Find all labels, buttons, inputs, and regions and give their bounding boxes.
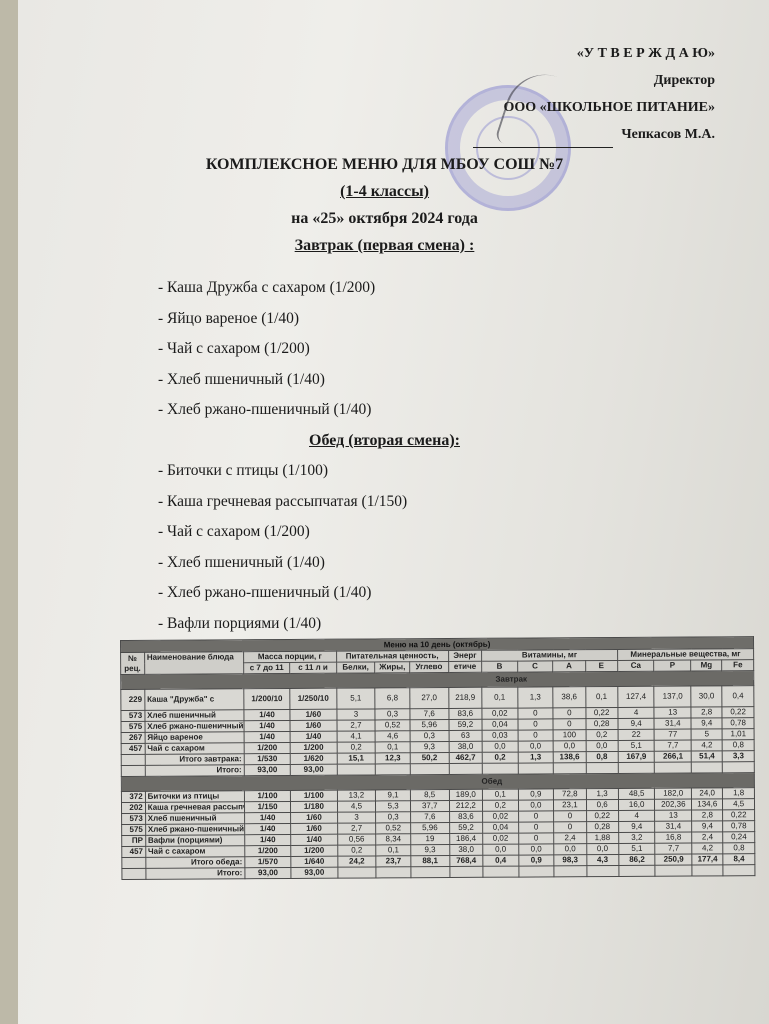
empty-cell <box>483 866 519 877</box>
value-cell: 0 <box>518 708 554 719</box>
value-cell: 37,7 <box>410 800 449 811</box>
value-cell: 5,1 <box>336 688 375 709</box>
value-cell: 9,4 <box>691 718 722 729</box>
value-cell: 0,22 <box>723 810 755 821</box>
value-cell: 5,1 <box>618 740 655 751</box>
value-cell: 5,96 <box>410 719 449 730</box>
subtotal-label: Итого завтрака: <box>145 754 244 766</box>
lunch-menu-item: - Чай с сахаром (1/200) <box>158 517 407 548</box>
subtotal-value: 8,4 <box>723 854 755 865</box>
value-cell: 1/250/10 <box>290 688 336 709</box>
rec-no-cell: ПР <box>122 835 146 846</box>
value-cell: 0 <box>553 708 585 719</box>
value-cell: 13 <box>655 810 692 821</box>
rec-no-cell: 573 <box>121 710 145 721</box>
rec-no-cell: 202 <box>121 802 145 813</box>
header-dish: Наименование блюда <box>144 652 243 675</box>
value-cell: 1/40 <box>291 834 337 845</box>
value-cell: 13,2 <box>337 790 376 801</box>
breakfast-list: - Каша Дружба с сахаром (1/200)- Яйцо ва… <box>158 273 375 426</box>
value-cell: 83,6 <box>449 811 482 822</box>
value-cell: 5,96 <box>410 822 449 833</box>
header-energy: Энерг <box>448 650 481 661</box>
empty-cell <box>121 754 145 765</box>
value-cell: 27,0 <box>410 687 449 708</box>
value-cell: 0,28 <box>585 718 617 729</box>
approval-signatory-row: Чепкасов М.А. <box>473 121 715 148</box>
grades-subtitle: (1-4 классы) <box>0 178 769 205</box>
subtotal-value: 1/530 <box>244 753 290 764</box>
value-cell: 1,01 <box>722 729 754 740</box>
value-cell: 0,4 <box>722 686 754 707</box>
subtotal-value: 1/640 <box>291 856 337 867</box>
dish-name-cell: Хлеб пшеничный <box>145 710 244 722</box>
value-cell: 63 <box>449 730 482 741</box>
lunch-menu-item: - Каша гречневая рассыпчатая (1/150) <box>158 487 407 518</box>
breakfast-menu-item: - Хлеб ржано-пшеничный (1/40) <box>158 395 375 426</box>
breakfast-menu-item: - Яйцо вареное (1/40) <box>158 304 375 335</box>
subtotal-value: 50,2 <box>410 752 449 763</box>
header-portion: Масса порции, г <box>243 651 336 663</box>
empty-cell <box>692 865 723 876</box>
value-cell: 0,0 <box>518 844 554 855</box>
nutrition-table: Меню на 10 день (октябрь) № рец. Наимено… <box>120 636 755 880</box>
value-cell: 0,04 <box>482 719 518 730</box>
subtotal-value: 462,7 <box>449 752 482 763</box>
value-cell: 0,1 <box>376 845 411 856</box>
subtotal-value: 138,6 <box>553 752 585 763</box>
breakfast-menu-item: - Каша Дружба с сахаром (1/200) <box>158 273 375 304</box>
rec-no-cell: 372 <box>121 791 145 802</box>
value-cell: 100 <box>553 730 585 741</box>
header-vit-c: C <box>517 661 553 672</box>
value-cell: 0,02 <box>482 708 518 719</box>
value-cell: 0,02 <box>483 833 519 844</box>
value-cell: 5,3 <box>376 801 411 812</box>
value-cell: 16,8 <box>655 832 692 843</box>
header-ca: Ca <box>617 660 654 671</box>
value-cell: 0 <box>518 730 554 741</box>
value-cell: 38,0 <box>449 741 482 752</box>
signature-line <box>473 133 613 148</box>
value-cell: 8,5 <box>410 789 449 800</box>
header-vit-a: A <box>553 661 585 672</box>
subtotal-value: 51,4 <box>691 751 722 762</box>
value-cell: 0,3 <box>410 730 449 741</box>
empty-cell <box>376 867 411 878</box>
header-vit-b: B <box>482 661 518 672</box>
subtotal-value: 23,7 <box>376 856 411 867</box>
empty-cell <box>619 865 656 876</box>
lunch-list: - Биточки с птицы (1/100)- Каша гречнева… <box>158 456 407 639</box>
header-vitamins: Витамины, мг <box>482 649 618 661</box>
value-cell: 212,2 <box>449 800 482 811</box>
value-cell: 0,0 <box>483 844 519 855</box>
subtotal-value: 1/570 <box>245 856 291 867</box>
value-cell: 59,2 <box>449 719 482 730</box>
value-cell: 2,7 <box>337 823 376 834</box>
value-cell: 7,6 <box>410 811 449 822</box>
value-cell: 4,5 <box>337 801 376 812</box>
value-cell: 0,0 <box>482 741 518 752</box>
empty-cell <box>655 762 692 773</box>
value-cell: 1/180 <box>291 801 337 812</box>
value-cell: 5,1 <box>619 843 656 854</box>
dish-name-cell: Хлеб пшеничный <box>145 813 244 825</box>
value-cell: 0,0 <box>586 740 618 751</box>
value-cell: 0,8 <box>722 740 754 751</box>
value-cell: 7,7 <box>655 843 692 854</box>
value-cell: 7,7 <box>655 740 692 751</box>
grand-total-label: Итого: <box>146 868 245 880</box>
value-cell: 4 <box>618 707 655 718</box>
value-cell: 1/60 <box>291 823 337 834</box>
header-portion-11-plus: с 11 л и <box>290 662 336 673</box>
subtotal-value: 0,4 <box>483 855 519 866</box>
header-vit-e: E <box>585 660 617 671</box>
value-cell: 7,6 <box>410 708 449 719</box>
value-cell: 0,78 <box>722 718 754 729</box>
empty-cell <box>586 762 618 773</box>
subtotal-value: 768,4 <box>449 855 482 866</box>
value-cell: 186,4 <box>449 833 482 844</box>
value-cell: 0,2 <box>483 800 519 811</box>
value-cell: 31,4 <box>654 718 691 729</box>
value-cell: 16,0 <box>618 799 655 810</box>
subtotal-value: 24,2 <box>337 856 376 867</box>
value-cell: 0,52 <box>375 720 410 731</box>
dish-name-cell: Хлеб ржано-пшеничный <box>145 824 244 836</box>
value-cell: 83,6 <box>449 708 482 719</box>
grand-total-value: 93,00 <box>244 764 290 775</box>
value-cell: 1,8 <box>723 788 755 799</box>
subtotal-value: 250,9 <box>655 854 692 865</box>
value-cell: 4,5 <box>723 799 755 810</box>
value-cell: 0 <box>518 833 554 844</box>
approval-signatory: Чепкасов М.А. <box>621 127 715 142</box>
value-cell: 0,0 <box>518 800 554 811</box>
value-cell: 2,8 <box>692 810 723 821</box>
value-cell: 6,8 <box>375 688 410 709</box>
value-cell: 0,04 <box>483 822 519 833</box>
value-cell: 1/60 <box>290 720 336 731</box>
value-cell: 4 <box>618 810 655 821</box>
subtotal-value: 12,3 <box>376 753 411 764</box>
value-cell: 9,4 <box>692 821 723 832</box>
grand-total-value: 93,00 <box>290 764 336 775</box>
approval-position: Директор <box>473 67 715 94</box>
value-cell: 30,0 <box>691 686 722 707</box>
value-cell: 19 <box>411 833 450 844</box>
rec-no-cell: 457 <box>122 846 146 857</box>
empty-cell <box>482 763 518 774</box>
subtotal-value: 1,3 <box>518 752 554 763</box>
value-cell: 4,6 <box>375 731 410 742</box>
value-cell: 1/40 <box>245 834 291 845</box>
rec-no-cell: 573 <box>122 813 146 824</box>
value-cell: 0,1 <box>482 789 518 800</box>
value-cell: 2,4 <box>692 832 723 843</box>
empty-cell <box>518 763 554 774</box>
empty-cell <box>337 764 376 775</box>
subtotal-value: 15,1 <box>337 753 376 764</box>
value-cell: 0,2 <box>337 742 376 753</box>
value-cell: 1/40 <box>290 731 336 742</box>
value-cell: 2,4 <box>554 833 586 844</box>
breakfast-menu-item: - Чай с сахаром (1/200) <box>158 334 375 365</box>
value-cell: 1/40 <box>244 812 290 823</box>
value-cell: 0,22 <box>586 810 618 821</box>
empty-cell <box>449 763 482 774</box>
dish-name-cell: Каша гречневая рассыпча <box>145 802 244 814</box>
value-cell: 24,0 <box>692 788 723 799</box>
subtotal-value: 0,8 <box>586 751 618 762</box>
dish-name-cell: Хлеб ржано-пшеничный <box>145 721 244 733</box>
page-title: КОМПЛЕКСНОЕ МЕНЮ ДЛЯ МБОУ СОШ №7 <box>0 151 769 178</box>
value-cell: 0,3 <box>376 812 411 823</box>
subtotal-value: 1/620 <box>290 753 336 764</box>
value-cell: 1/150 <box>244 801 290 812</box>
value-cell: 1/40 <box>244 731 290 742</box>
title-block: КОМПЛЕКСНОЕ МЕНЮ ДЛЯ МБОУ СОШ №7 (1-4 кл… <box>0 151 769 259</box>
lunch-menu-item: - Биточки с птицы (1/100) <box>158 456 407 487</box>
empty-cell <box>618 762 655 773</box>
value-cell: 1,3 <box>517 687 553 708</box>
value-cell: 0,0 <box>554 844 586 855</box>
value-cell: 0,02 <box>483 811 519 822</box>
rec-no-cell: 229 <box>121 689 145 710</box>
value-cell: 0,1 <box>482 687 518 708</box>
header-carbs: Углево <box>409 661 448 672</box>
value-cell: 9,1 <box>376 790 411 801</box>
subtotal-value: 167,9 <box>618 751 655 762</box>
empty-cell <box>337 867 376 878</box>
value-cell: 0,24 <box>723 832 755 843</box>
value-cell: 0,0 <box>553 741 585 752</box>
empty-cell <box>376 764 411 775</box>
empty-cell <box>121 765 145 776</box>
value-cell: 9,4 <box>618 718 655 729</box>
lunch-heading: Обед (вторая смена): <box>0 427 769 454</box>
value-cell: 1,3 <box>586 788 618 799</box>
rec-no-cell: 575 <box>121 721 145 732</box>
value-cell: 1/60 <box>290 709 336 720</box>
header-energy-2: етиче <box>448 661 481 672</box>
rec-no-cell: 457 <box>121 743 145 754</box>
value-cell: 0,0 <box>586 843 618 854</box>
value-cell: 1/200/10 <box>244 688 290 709</box>
header-fe: Fe <box>722 660 754 671</box>
dish-name-cell: Биточки из птицы <box>145 791 244 803</box>
value-cell: 9,4 <box>618 821 655 832</box>
subtotal-label: Итого обеда: <box>146 857 245 869</box>
approval-heading: «У Т В Е Р Ж Д А Ю» <box>473 40 715 67</box>
lunch-menu-item: - Хлеб ржано-пшеничный (1/40) <box>158 578 407 609</box>
subtotal-value: 0,9 <box>518 855 554 866</box>
value-cell: 0,56 <box>337 834 376 845</box>
lunch-menu-item: - Хлеб пшеничный (1/40) <box>158 548 407 579</box>
value-cell: 9,3 <box>410 741 449 752</box>
subtotal-value: 177,4 <box>692 854 723 865</box>
value-cell: 0,2 <box>337 845 376 856</box>
value-cell: 0 <box>554 811 586 822</box>
value-cell: 31,4 <box>655 821 692 832</box>
value-cell: 1/100 <box>291 790 337 801</box>
value-cell: 218,9 <box>448 687 482 708</box>
value-cell: 0 <box>553 719 585 730</box>
value-cell: 13 <box>654 707 691 718</box>
value-cell: 48,5 <box>618 788 655 799</box>
empty-cell <box>410 763 449 774</box>
value-cell: 0 <box>518 719 554 730</box>
value-cell: 23,1 <box>554 800 586 811</box>
subtotal-value: 0,2 <box>482 752 518 763</box>
value-cell: 0,1 <box>375 742 410 753</box>
header-p: P <box>654 660 691 671</box>
value-cell: 134,6 <box>692 799 723 810</box>
value-cell: 0,9 <box>518 789 554 800</box>
value-cell: 0,6 <box>586 799 618 810</box>
value-cell: 0,3 <box>375 709 410 720</box>
dish-name-cell: Каша "Дружба" с <box>145 689 244 711</box>
value-cell: 9,3 <box>411 844 450 855</box>
dish-name-cell: Вафли (порциями) <box>145 835 244 847</box>
approval-organization: ООО «ШКОЛЬНОЕ ПИТАНИЕ» <box>473 94 715 121</box>
lunch-menu-item: - Вафли порциями (1/40) <box>158 609 407 640</box>
empty-cell <box>553 763 585 774</box>
value-cell: 8,34 <box>376 834 411 845</box>
value-cell: 3 <box>337 812 376 823</box>
grand-total-value: 93,00 <box>291 867 337 878</box>
subtotal-value: 86,2 <box>619 854 656 865</box>
value-cell: 0,8 <box>723 843 755 854</box>
value-cell: 0,03 <box>482 730 518 741</box>
header-portion-7-11: с 7 до 11 <box>244 662 290 673</box>
empty-cell <box>655 865 692 876</box>
value-cell: 0 <box>518 822 554 833</box>
value-cell: 3,2 <box>619 832 656 843</box>
value-cell: 1/40 <box>244 720 290 731</box>
breakfast-heading: Завтрак (первая смена) : <box>0 232 769 259</box>
value-cell: 1/60 <box>291 812 337 823</box>
subtotal-value: 4,3 <box>586 854 618 865</box>
empty-cell <box>723 762 755 773</box>
value-cell: 4,2 <box>692 843 723 854</box>
subtotal-value: 3,3 <box>723 751 755 762</box>
breakfast-menu-item: - Хлеб пшеничный (1/40) <box>158 365 375 396</box>
value-cell: 38,0 <box>449 844 482 855</box>
value-cell: 0,1 <box>585 686 617 707</box>
value-cell: 0,0 <box>518 741 554 752</box>
header-nutrition: Питательная ценность, <box>336 650 448 662</box>
dish-name-cell: Яйцо вареное <box>145 732 244 744</box>
value-cell: 0 <box>554 822 586 833</box>
value-cell: 0,2 <box>586 729 618 740</box>
header-mg: Mg <box>691 660 722 671</box>
header-minerals: Минеральные вещества, мг <box>617 649 753 661</box>
grand-total-value: 93,00 <box>245 867 291 878</box>
value-cell: 1/40 <box>244 709 290 720</box>
value-cell: 1/200 <box>291 845 337 856</box>
subtotal-value: 98,3 <box>554 855 586 866</box>
value-cell: 137,0 <box>654 686 691 707</box>
header-protein: Белки, <box>336 662 375 673</box>
value-cell: 1/200 <box>245 845 291 856</box>
value-cell: 1/200 <box>290 742 336 753</box>
header-rec-no: № рец. <box>121 652 145 674</box>
value-cell: 0,78 <box>723 821 755 832</box>
value-cell: 77 <box>655 729 692 740</box>
empty-cell <box>122 857 146 868</box>
value-cell: 22 <box>618 729 655 740</box>
value-cell: 2,8 <box>691 707 722 718</box>
value-cell: 5 <box>691 729 722 740</box>
value-cell: 3 <box>336 709 375 720</box>
value-cell: 38,6 <box>553 687 585 708</box>
value-cell: 202,36 <box>655 799 692 810</box>
value-cell: 1/40 <box>244 823 290 834</box>
menu-date: на «25» октября 2024 года <box>0 205 769 232</box>
empty-cell <box>554 866 586 877</box>
empty-cell <box>723 865 755 876</box>
value-cell: 2,7 <box>337 720 376 731</box>
empty-cell <box>411 866 450 877</box>
rec-no-cell: 267 <box>121 732 145 743</box>
value-cell: 4,1 <box>337 731 376 742</box>
empty-cell <box>586 865 618 876</box>
dish-name-cell: Чай с сахаром <box>145 846 244 858</box>
value-cell: 4,2 <box>691 740 722 751</box>
value-cell: 72,8 <box>554 789 586 800</box>
header-fat: Жиры, <box>375 662 410 673</box>
value-cell: 0,52 <box>376 823 411 834</box>
value-cell: 1/100 <box>244 790 290 801</box>
rec-no-cell: 575 <box>122 824 146 835</box>
value-cell: 127,4 <box>618 686 655 707</box>
subtotal-value: 266,1 <box>655 751 692 762</box>
empty-cell <box>518 866 554 877</box>
approval-block: «У Т В Е Р Ж Д А Ю» Директор ООО «ШКОЛЬН… <box>473 40 715 148</box>
value-cell: 182,0 <box>655 788 692 799</box>
empty-cell <box>122 868 146 879</box>
value-cell: 0,28 <box>586 821 618 832</box>
value-cell: 0,22 <box>722 707 754 718</box>
value-cell: 0,22 <box>585 707 617 718</box>
subtotal-value: 88,1 <box>411 855 450 866</box>
value-cell: 1,88 <box>586 832 618 843</box>
dish-name-cell: Чай с сахаром <box>145 743 244 755</box>
value-cell: 1/200 <box>244 742 290 753</box>
value-cell: 0 <box>518 811 554 822</box>
grand-total-label: Итого: <box>145 765 244 777</box>
value-cell: 189,0 <box>449 789 482 800</box>
empty-cell <box>450 866 483 877</box>
empty-cell <box>691 762 722 773</box>
value-cell: 59,2 <box>449 822 482 833</box>
